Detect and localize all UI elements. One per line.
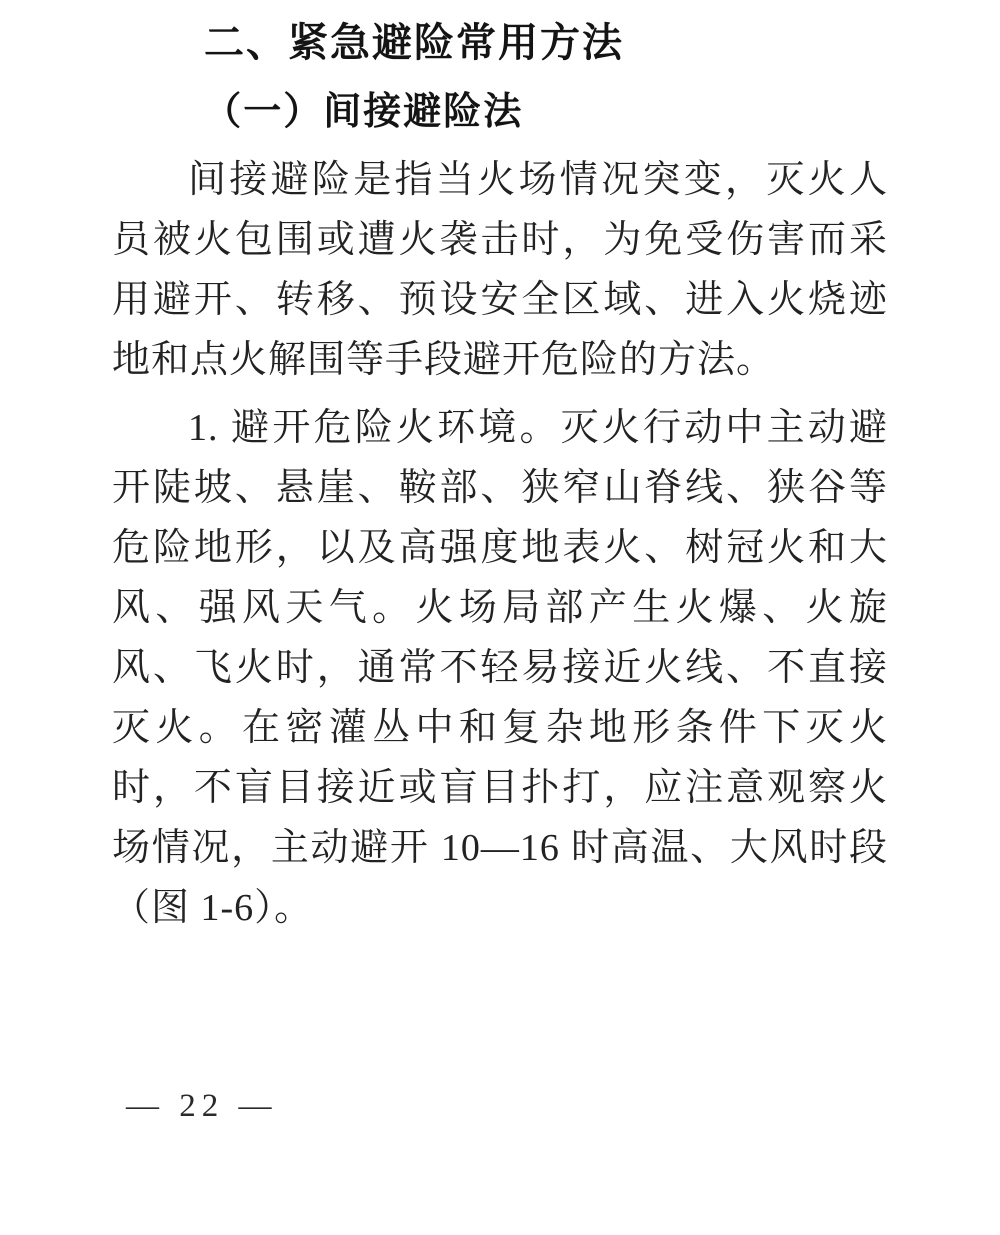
body-paragraph-1: 间接避险是指当火场情况突变，灭火人员被火包围或遭火袭击时，为免受伤害而采用避开、… bbox=[112, 150, 888, 390]
section-heading: 二、紧急避险常用方法 bbox=[112, 12, 888, 74]
subsection-heading: （一）间接避险法 bbox=[112, 84, 888, 140]
body-paragraph-2: 1. 避开危险火环境。灭火行动中主动避开陡坡、悬崖、鞍部、狭窄山脊线、狭谷等危险… bbox=[112, 398, 888, 938]
document-page: 二、紧急避险常用方法 （一）间接避险法 间接避险是指当火场情况突变，灭火人员被火… bbox=[0, 0, 1000, 1235]
page-number: — 22 — bbox=[126, 1088, 278, 1125]
